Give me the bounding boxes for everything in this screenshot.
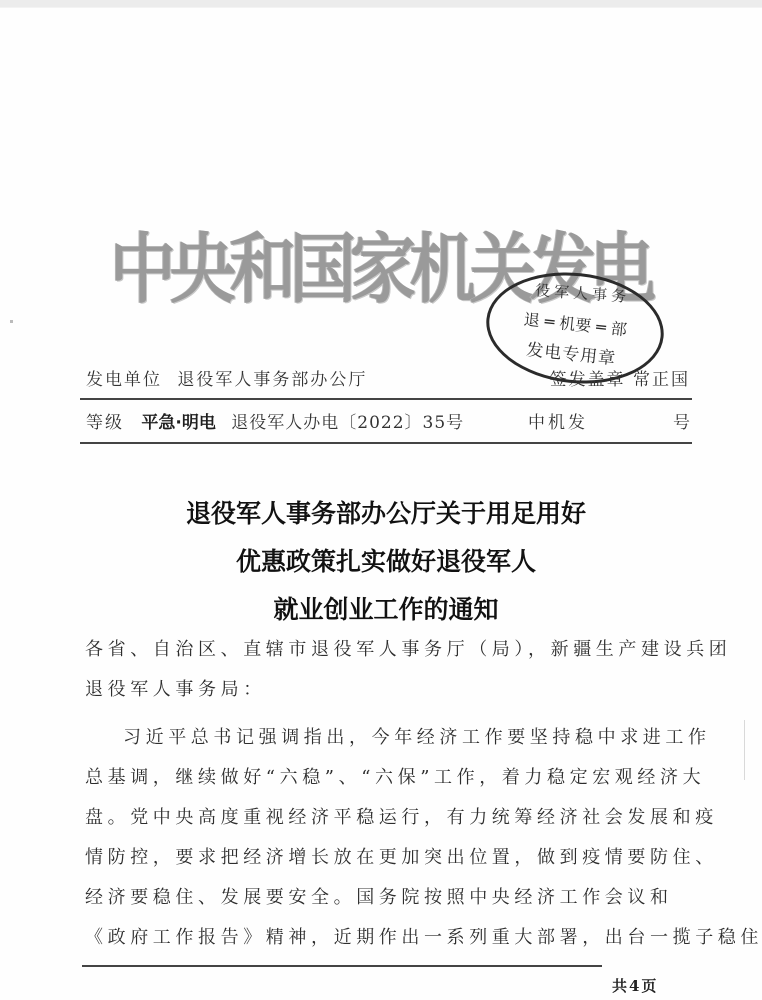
footer-divider [82, 965, 602, 967]
paragraph-line: 习近平总书记强调指出，今年经济工作要坚持稳中求进工作 [85, 718, 693, 758]
header-divider-top [80, 398, 692, 400]
document-title: 退役军人事务部办公厅关于用足用好 优惠政策扎实做好退役军人 就业创业工作的通知 [80, 490, 692, 634]
title-line: 就业创业工作的通知 [80, 586, 692, 634]
number-suffix: 号 [673, 408, 690, 433]
addressee-line: 退役军人事务局： [85, 670, 693, 710]
paragraph-line: 情防控，要求把经济增长放在更加突出位置，做到疫情要防住、 [85, 838, 693, 878]
masthead-char: 和 [230, 207, 290, 316]
paragraph-line: 《政府工作报告》精神，近期作出一系列重大部署，出台一揽子稳住经 [85, 918, 693, 958]
sender-unit: 退役军人事务部办公厅 [177, 370, 367, 390]
masthead-char: 机 [410, 207, 470, 316]
document-body: 各省、自治区、直辖市退役军人事务厅（局），新疆生产建设兵团 退役军人事务局： 习… [85, 630, 693, 958]
document-page: 中 央 和 国 家 机 关 发 电 役军人事务 退 ═ 机要 ═ 部 发电专用章… [0, 0, 762, 1000]
level-row: 等级 平急·明电 退役军人办电〔2022〕35号 中机发 号 [86, 408, 690, 436]
masthead-char: 国 [290, 207, 350, 316]
page-count: 共4页 [612, 975, 658, 996]
sender-row: 发电单位 退役军人事务部办公厅 签发盖章 常正国 [86, 365, 690, 393]
sender-label: 发电单位 [86, 370, 162, 390]
scan-edge-mark [744, 720, 745, 780]
level-value: 平急·明电 [141, 413, 215, 433]
paragraph-line: 盘。党中央高度重视经济平稳运行，有力统筹经济社会发展和疫 [85, 798, 693, 838]
addressee-line: 各省、自治区、直辖市退役军人事务厅（局），新疆生产建设兵团 [85, 630, 693, 670]
masthead-char: 央 [170, 207, 230, 316]
signer-text: 签发盖章 常正国 [550, 365, 690, 390]
central-label: 中机发 [528, 408, 588, 433]
level-label: 等级 [86, 413, 124, 433]
header-divider-bottom [80, 442, 692, 444]
scan-speck [10, 320, 13, 323]
top-scroll-strip [0, 0, 762, 8]
paragraph-line: 总基调，继续做好“六稳”、“六保”工作，着力稳定宏观经济大 [85, 758, 693, 798]
title-line: 优惠政策扎实做好退役军人 [80, 538, 692, 586]
paragraph-line: 经济要稳住、发展要安全。国务院按照中央经济工作会议和 [85, 878, 693, 918]
title-line: 退役军人事务部办公厅关于用足用好 [80, 490, 692, 538]
masthead-char: 中 [110, 207, 170, 316]
masthead-char: 家 [350, 207, 410, 316]
document-number: 退役军人办电〔2022〕35号 [231, 413, 464, 433]
